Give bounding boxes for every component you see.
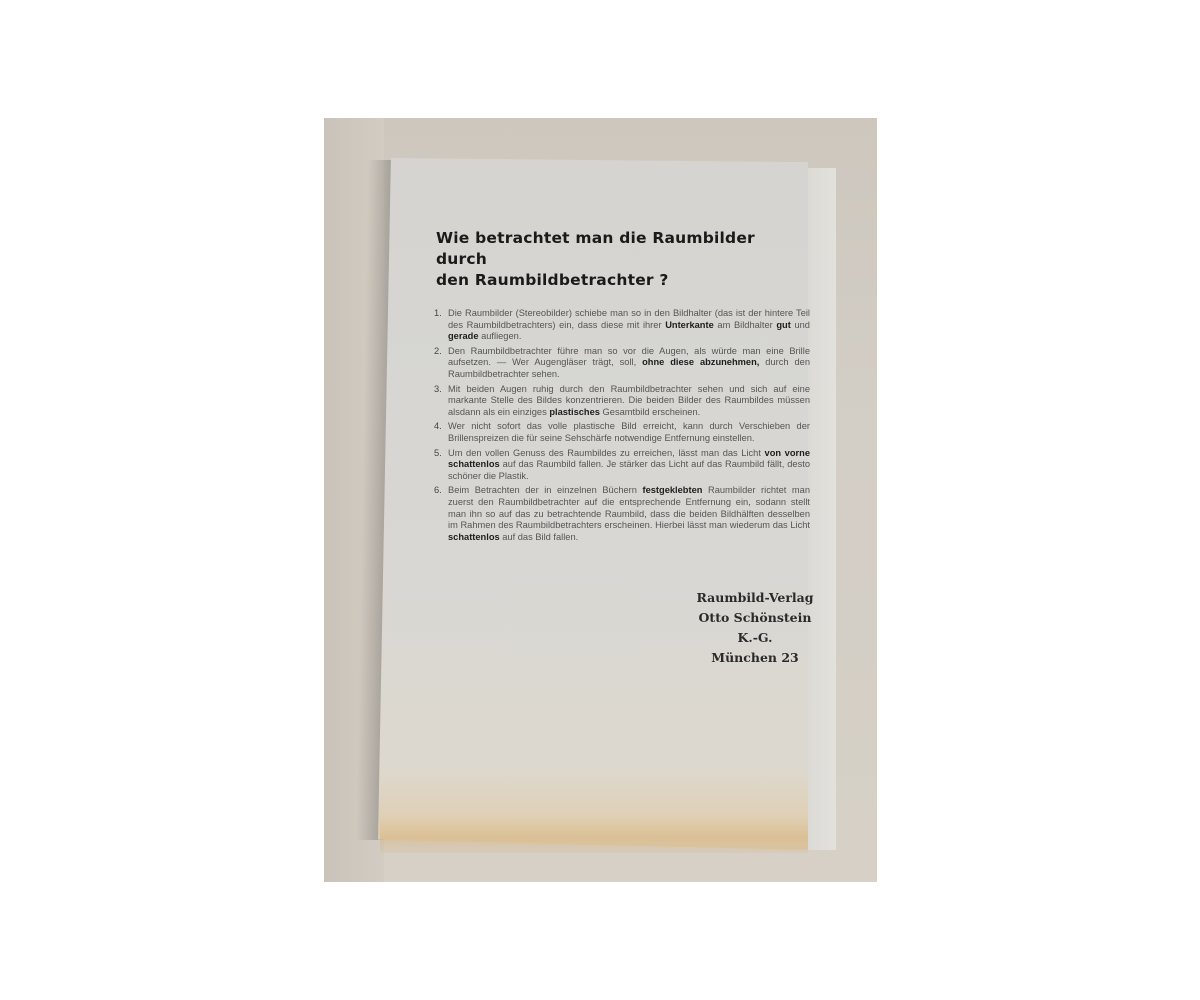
emphasis-text: gut [776, 320, 790, 330]
item-text: Beim Betrachten der in einzelnen Büchern [448, 485, 643, 495]
imprint-city: München 23 [690, 648, 820, 668]
item-number: 6. [434, 485, 442, 497]
title-line-2: den Raumbildbetrachter ? [436, 271, 669, 289]
imprint-company-form: K.-G. [690, 628, 820, 648]
instruction-item: 5.Um den vollen Genuss des Raumbildes zu… [434, 448, 810, 483]
sheet-content: Wie betrachtet man die Raumbilder durch … [434, 228, 810, 546]
item-text: Wer nicht sofort das volle plastische Bi… [448, 421, 810, 443]
item-text: Gesamtbild erscheinen. [600, 407, 700, 417]
item-number: 5. [434, 448, 442, 460]
emphasis-text: festgeklebten [643, 485, 703, 495]
publisher-imprint: Raumbild-Verlag Otto Schönstein K.-G. Mü… [690, 588, 820, 668]
document-title: Wie betrachtet man die Raumbilder durch … [436, 228, 810, 291]
imprint-owner: Otto Schönstein [690, 608, 820, 628]
item-text: am Bildhalter [714, 320, 777, 330]
emphasis-text: Unterkante [665, 320, 714, 330]
emphasis-text: plastisches [549, 407, 600, 417]
emphasis-text: ohne diese abzunehmen, [642, 357, 759, 367]
instruction-item: 3.Mit beiden Augen ruhig durch den Raumb… [434, 384, 810, 419]
item-text: und [791, 320, 810, 330]
instruction-item: 1.Die Raumbilder (Stereobilder) schiebe … [434, 308, 810, 343]
title-line-1: Wie betrachtet man die Raumbilder durch [436, 229, 755, 268]
item-text: aufliegen. [479, 331, 522, 341]
paper-stain [380, 815, 808, 853]
instruction-item: 2.Den Raumbildbetrachter führe man so vo… [434, 346, 810, 381]
emphasis-text: gerade [448, 331, 479, 341]
item-number: 2. [434, 346, 442, 358]
instruction-item: 4.Wer nicht sofort das volle plastische … [434, 421, 810, 444]
imprint-publisher: Raumbild-Verlag [690, 588, 820, 608]
instruction-list: 1.Die Raumbilder (Stereobilder) schiebe … [434, 308, 810, 543]
item-text: auf das Raumbild fallen. Je stärker das … [448, 459, 810, 481]
item-text: Um den vollen Genuss des Raumbildes zu e… [448, 448, 765, 458]
item-number: 4. [434, 421, 442, 433]
item-number: 3. [434, 384, 442, 396]
item-text: auf das Bild fallen. [500, 532, 579, 542]
item-number: 1. [434, 308, 442, 320]
instruction-item: 6.Beim Betrachten der in einzelnen Büche… [434, 485, 810, 543]
emphasis-text: schattenlos [448, 532, 500, 542]
